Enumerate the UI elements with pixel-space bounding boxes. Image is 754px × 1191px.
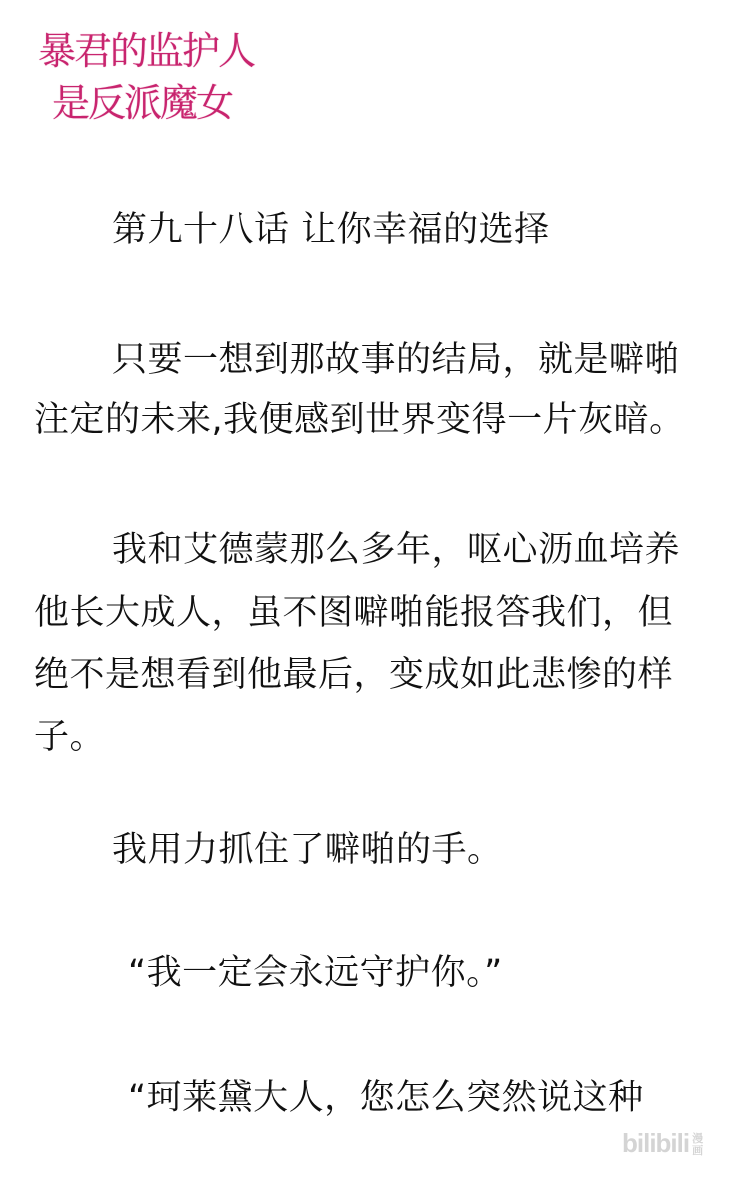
chapter-title: 第九十八话 让你幸福的选择 — [112, 210, 550, 250]
paragraph-line: 注定的未来,我便感到世界变得一片灰暗。 — [34, 400, 685, 440]
dialogue-line: “我一定会永远守护你。” — [128, 953, 503, 993]
paragraph-line: 他长大成人，虽不图噼啪能报答我们，但 — [34, 593, 673, 633]
watermark-sub: 漫画 — [692, 1133, 706, 1157]
paragraph-line: 只要一想到那故事的结局，就是噼啪 — [112, 340, 680, 380]
logo-line-1: 暴君的监护人 — [38, 32, 254, 70]
bilibili-watermark: bilibili漫画 — [622, 1128, 706, 1159]
paragraph-line: 绝不是想看到他最后，变成如此悲惨的样 — [34, 655, 673, 695]
logo-line-2: 是反派魔女 — [52, 84, 232, 122]
paragraph-line: 子。 — [34, 717, 105, 757]
paragraph-line: 我和艾德蒙那么多年，呕心沥血培养 — [112, 530, 680, 570]
watermark-brand: bilibili — [622, 1128, 689, 1158]
paragraph-line: 我用力抓住了噼啪的手。 — [112, 830, 503, 870]
comic-title-logo: 暴君的监护人 是反派魔女 — [34, 24, 274, 134]
dialogue-line: “珂莱黛大人，您怎么突然说这种 — [128, 1078, 644, 1118]
